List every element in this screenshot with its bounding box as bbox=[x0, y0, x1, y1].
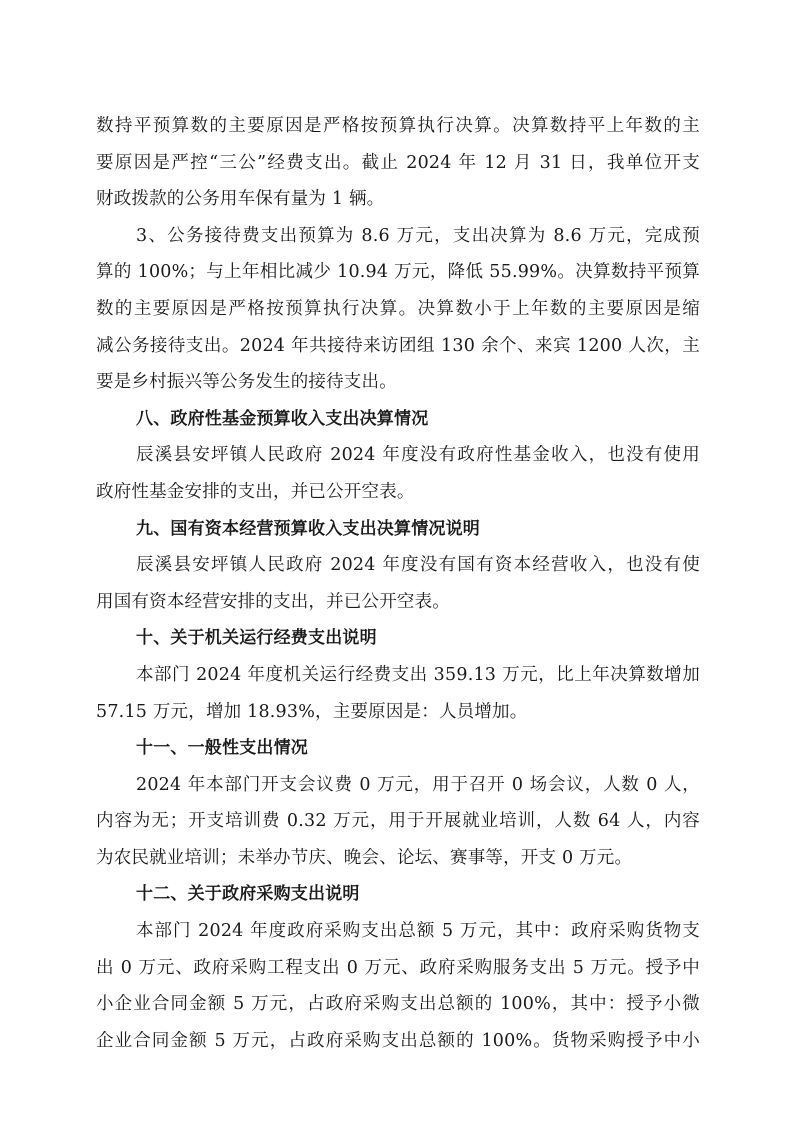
text-line: 为农民就业培训；未举办节庆、晚会、论坛、赛事等，开支 0 万元。 bbox=[96, 840, 700, 877]
text-line: 小企业合同金额 5 万元，占政府采购支出总额的 100%，其中：授予小微 bbox=[96, 986, 700, 1023]
text-line: 算的 100%；与上年相比减少 10.94 万元，降低 55.99%。决算数持平… bbox=[96, 254, 700, 291]
section-heading: 十二、关于政府采购支出说明 bbox=[96, 876, 700, 913]
text-line: 政府性基金安排的支出，并已公开空表。 bbox=[96, 474, 700, 511]
paragraph: 3、公务接待费支出预算为 8.6 万元，支出决算为 8.6 万元，完成预算的 1… bbox=[96, 218, 700, 401]
text-line: 本部门 2024 年度机关运行经费支出 359.13 万元，比上年决算数增加 bbox=[96, 657, 700, 694]
text-line: 企业合同金额 5 万元，占政府采购支出总额的 100%。货物采购授予中小 bbox=[96, 1023, 700, 1060]
text-line: 辰溪县安坪镇人民政府 2024 年度没有政府性基金收入，也没有使用 bbox=[96, 437, 700, 474]
text-line: 本部门 2024 年度政府采购支出总额 5 万元，其中：政府采购货物支 bbox=[96, 913, 700, 950]
text-line: 用国有资本经营安排的支出，并已公开空表。 bbox=[96, 584, 700, 621]
text-line: 要是乡村振兴等公务发生的接待支出。 bbox=[96, 364, 700, 401]
paragraph: 辰溪县安坪镇人民政府 2024 年度没有国有资本经营收入，也没有使用国有资本经营… bbox=[96, 547, 700, 620]
paragraph: 2024 年本部门开支会议费 0 万元，用于召开 0 场会议，人数 0 人，内容… bbox=[96, 767, 700, 877]
paragraph: 本部门 2024 年度政府采购支出总额 5 万元，其中：政府采购货物支出 0 万… bbox=[96, 913, 700, 1059]
text-line: 财政拨款的公务用车保有量为 1 辆。 bbox=[96, 181, 700, 218]
section-heading: 九、国有资本经营预算收入支出决算情况说明 bbox=[96, 511, 700, 548]
text-line: 辰溪县安坪镇人民政府 2024 年度没有国有资本经营收入，也没有使 bbox=[96, 547, 700, 584]
text-line: 内容为无；开支培训费 0.32 万元，用于开展就业培训，人数 64 人，内容 bbox=[96, 803, 700, 840]
section-heading: 十一、一般性支出情况 bbox=[96, 730, 700, 767]
text-line: 数的主要原因是严格按预算执行决算。决算数小于上年数的主要原因是缩 bbox=[96, 291, 700, 328]
text-line: 减公务接待支出。2024 年共接待来访团组 130 余个、来宾 1200 人次，… bbox=[96, 328, 700, 365]
text-line: 3、公务接待费支出预算为 8.6 万元，支出决算为 8.6 万元，完成预 bbox=[96, 218, 700, 255]
text-line: 出 0 万元、政府采购工程支出 0 万元、政府采购服务支出 5 万元。授予中 bbox=[96, 950, 700, 987]
section-heading: 八、政府性基金预算收入支出决算情况 bbox=[96, 401, 700, 438]
text-line: 2024 年本部门开支会议费 0 万元，用于召开 0 场会议，人数 0 人， bbox=[96, 767, 700, 804]
section-heading: 十、关于机关运行经费支出说明 bbox=[96, 620, 700, 657]
paragraph: 数持平预算数的主要原因是严格按预算执行决算。决算数持平上年数的主要原因是严控“三… bbox=[96, 108, 700, 218]
document-page: 数持平预算数的主要原因是严格按预算执行决算。决算数持平上年数的主要原因是严控“三… bbox=[96, 108, 700, 1059]
paragraph: 本部门 2024 年度机关运行经费支出 359.13 万元，比上年决算数增加57… bbox=[96, 657, 700, 730]
paragraph: 辰溪县安坪镇人民政府 2024 年度没有政府性基金收入，也没有使用政府性基金安排… bbox=[96, 437, 700, 510]
text-line: 要原因是严控“三公”经费支出。截止 2024 年 12 月 31 日，我单位开支 bbox=[96, 145, 700, 182]
text-line: 数持平预算数的主要原因是严格按预算执行决算。决算数持平上年数的主 bbox=[96, 108, 700, 145]
text-line: 57.15 万元，增加 18.93%，主要原因是：人员增加。 bbox=[96, 694, 700, 731]
